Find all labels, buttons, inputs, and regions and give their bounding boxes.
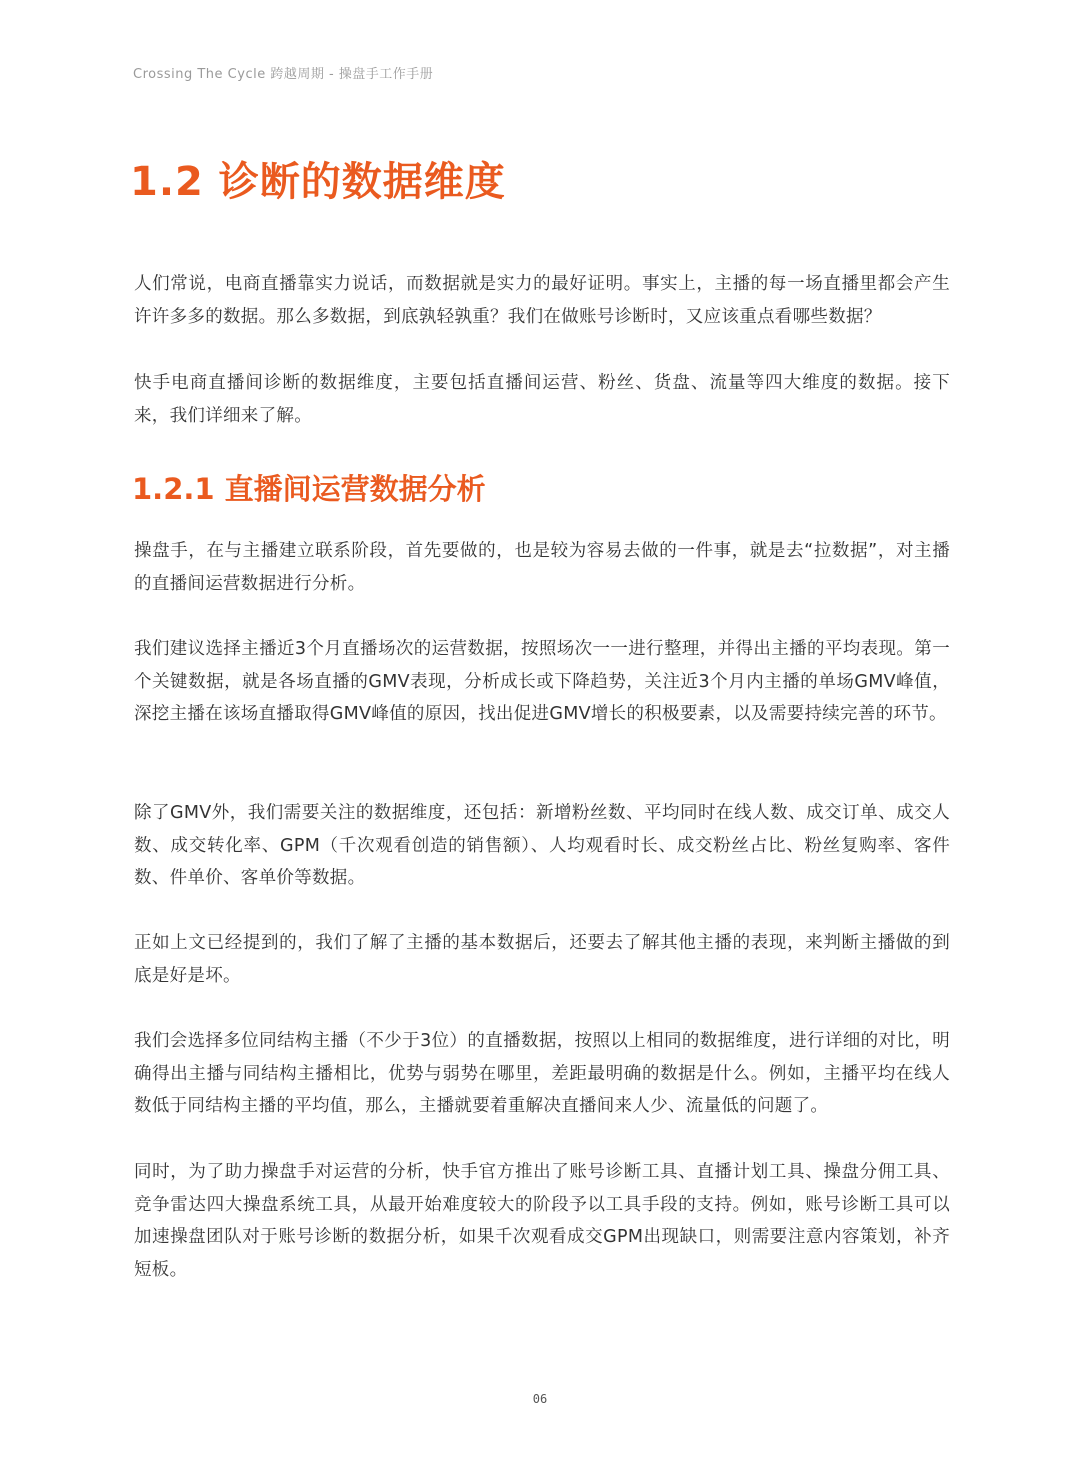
subsection-title: 1.2.1 直播间运营数据分析 — [132, 474, 486, 506]
intro-paragraph-1: 人们常说，电商直播靠实力说话，而数据就是实力的最好证明。事实上，主播的每一场直播… — [134, 268, 950, 333]
body-paragraph-6: 同时，为了助力操盘手对运营的分析，快手官方推出了账号诊断工具、直播计划工具、操盘… — [134, 1156, 950, 1286]
body-paragraph-5: 我们会选择多位同结构主播（不少于3位）的直播数据，按照以上相同的数据维度，进行详… — [134, 1025, 950, 1123]
page-number: 06 — [0, 1392, 1080, 1406]
intro-paragraph-2: 快手电商直播间诊断的数据维度，主要包括直播间运营、粉丝、货盘、流量等四大维度的数… — [134, 367, 950, 432]
body-paragraph-2: 我们建议选择主播近3个月直播场次的运营数据，按照场次一一进行整理，并得出主播的平… — [134, 633, 950, 731]
body-paragraph-4: 正如上文已经提到的，我们了解了主播的基本数据后，还要去了解其他主播的表现，来判断… — [134, 927, 950, 992]
body-paragraph-3: 除了GMV外，我们需要关注的数据维度，还包括：新增粉丝数、平均同时在线人数、成交… — [134, 797, 950, 895]
section-title: 1.2 诊断的数据维度 — [130, 160, 506, 204]
body-paragraph-1: 操盘手，在与主播建立联系阶段，首先要做的，也是较为容易去做的一件事，就是去“拉数… — [134, 535, 950, 600]
running-header: Crossing The Cycle 跨越周期 - 操盘手工作手册 — [133, 63, 433, 82]
